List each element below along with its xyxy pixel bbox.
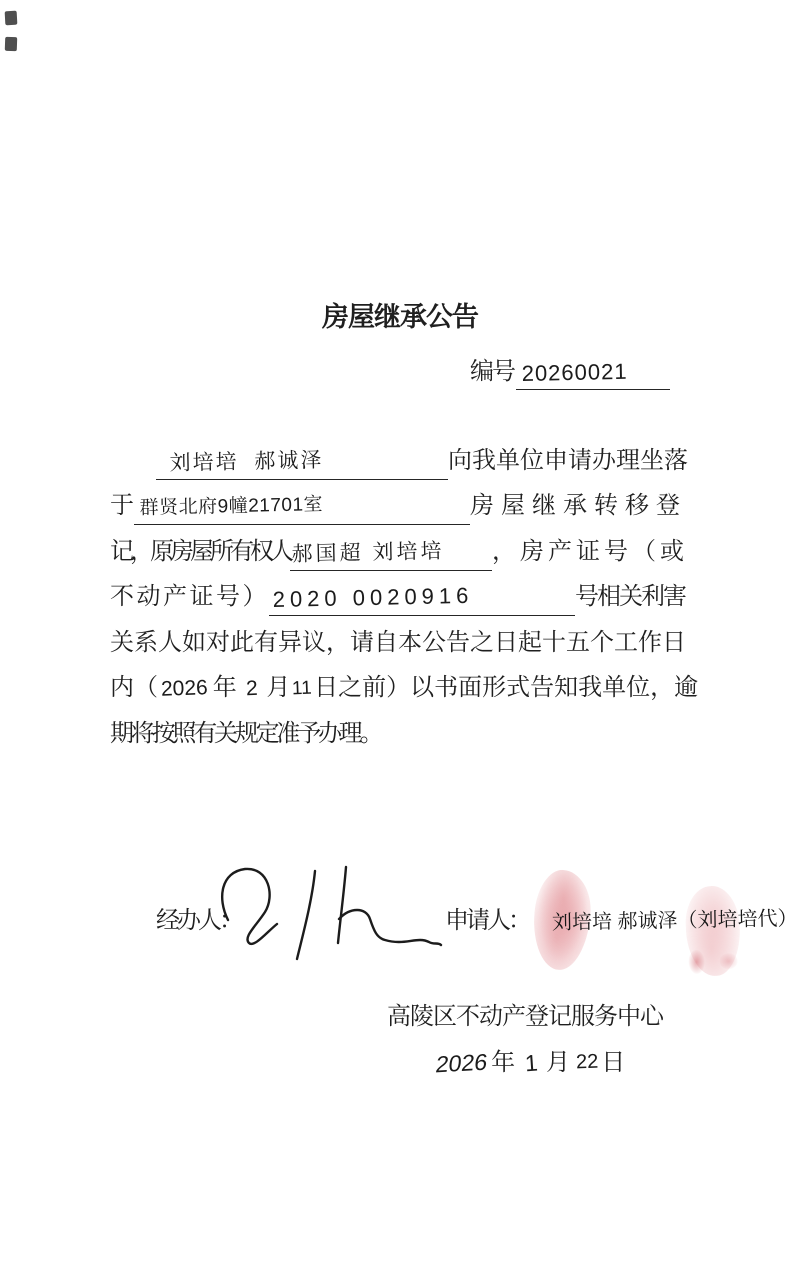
handwritten-deadline-year: 2026 <box>160 670 208 708</box>
handwritten-issue-month: 1 <box>524 1047 539 1081</box>
page-title: 房屋继承公告 <box>322 301 478 333</box>
printed-year-unit: 年 <box>491 1046 515 1080</box>
applicants-blank-underline: 刘培培 郝诚泽 <box>156 442 448 480</box>
handwritten-owner-names: 郝国超 刘培培 <box>291 537 444 570</box>
fingerprint-ink-spot <box>719 953 738 970</box>
scan-artifact-mark <box>5 11 18 26</box>
body-line-3: 记，原房屋所有权人 郝国超 刘培培 ，房产证号（或 <box>110 533 694 571</box>
handwritten-applicant-signatures: 刘培培 郝诚泽（刘培培代） <box>552 904 798 938</box>
printed-text: 向我单位申请办理坐落 <box>448 442 688 480</box>
scanned-document-page: 房屋继承公告 编号 20260021 刘培培 郝诚泽 向我单位申请办理坐落 于 … <box>0 0 800 1278</box>
printed-text: 内（ <box>110 669 158 707</box>
printed-month-unit: 月 <box>546 1046 570 1080</box>
body-line-1: 刘培培 郝诚泽 向我单位申请办理坐落 <box>110 442 694 480</box>
address-blank-underline: 群贤北府9幢21701室 <box>134 487 470 525</box>
handwritten-issue-day: 22 <box>575 1046 598 1080</box>
printed-text: ，房产证号（或 <box>492 533 688 571</box>
body-line-4: 不动产证号） 2020 0020916 号相关利害 <box>110 578 694 616</box>
paragraph-indent <box>110 442 156 480</box>
printed-text: 记，原房屋所有权人 <box>110 533 290 571</box>
owner-blank-underline: 郝国超 刘培培 <box>290 533 492 571</box>
doc-number-row: 编号 20260021 <box>470 352 670 390</box>
printed-year-unit: 年 <box>213 669 237 707</box>
handler-signature <box>203 858 443 963</box>
scan-artifact-mark <box>5 37 17 51</box>
body-line-7: 期将按照有关规定准予办理。 <box>110 715 694 753</box>
certificate-number-blank-underline: 2020 0020916 <box>269 578 575 616</box>
handwritten-certificate-number: 2020 0020916 <box>272 581 473 615</box>
printed-text: 期将按照有关规定准予办理。 <box>110 715 380 753</box>
fingerprint-ink-spot <box>688 949 705 974</box>
printed-text: 不动产证号） <box>110 578 269 616</box>
handwritten-doc-number: 20260021 <box>521 357 627 389</box>
printed-day-unit: 日 <box>601 1046 625 1080</box>
body-line-5: 关系人如对此有异议，请自本公告之日起十五个工作日 <box>110 624 694 662</box>
applicant-label: 申请人： <box>445 904 529 938</box>
handwritten-deadline-month: 2 <box>245 671 258 707</box>
doc-number-blank-underline: 20260021 <box>516 359 670 390</box>
printed-text: 房屋继承转移登 <box>470 487 687 525</box>
body-line-2: 于 群贤北府9幢21701室 房屋继承转移登 <box>110 487 694 525</box>
handwritten-deadline-day: 11 <box>292 671 313 708</box>
printed-month-unit: 月 <box>266 669 290 707</box>
printed-text: 关系人如对此有异议，请自本公告之日起十五个工作日 <box>110 624 686 662</box>
handwritten-applicant-names: 刘培培 郝诚泽 <box>169 446 323 479</box>
printed-text: 日之前）以书面形式告知我单位，逾 <box>314 669 698 707</box>
doc-number-label: 编号 <box>470 354 514 390</box>
handwritten-issue-year: 2026 <box>434 1046 490 1082</box>
issue-date: 2026 年 1 月 22 日 <box>436 1044 625 1080</box>
printed-text: 于 <box>110 487 134 525</box>
printed-text: 号相关利害 <box>575 578 685 616</box>
handwritten-address: 群贤北府9幢21701室 <box>139 490 323 524</box>
org-name: 高陵区不动产登记服务中心 <box>387 1001 663 1033</box>
body-line-6: 内（ 2026 年 2 月 11 日之前）以书面形式告知我单位，逾 <box>110 669 694 707</box>
